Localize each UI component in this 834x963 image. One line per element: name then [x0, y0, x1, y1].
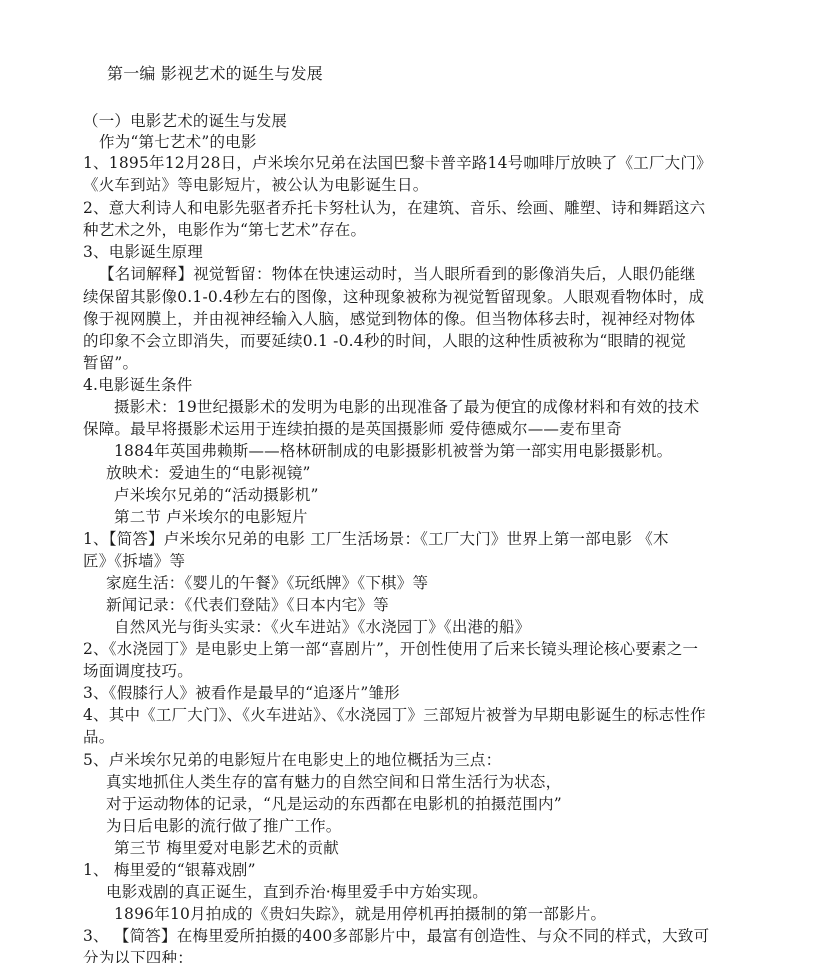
document-line: 的印象不会立即消失，而要延续0.1 -0.4秒的时间，人眼的这种性质被称为“眼睛…	[83, 331, 686, 351]
document-line: 4、其中《工厂大门》、《火车进站》、《水浇园丁》三部短片被誉为早期电影诞生的标志…	[83, 705, 706, 725]
document-line: 品。	[83, 727, 114, 747]
document-line: 为日后电影的流行做了推广工作。	[106, 816, 342, 836]
document-line: 保障。最早将摄影术运用于连续拍摄的是英国摄影师 爱侍德威尔——麦布里奇	[83, 419, 622, 439]
document-line: 4.电影诞生条件	[83, 375, 192, 395]
document-line: 第三节 梅里爱对电影艺术的贡献	[114, 838, 339, 858]
document-line: 放映术：爱迪生的“电影视镜”	[106, 463, 311, 483]
document-line: 第二节 卢米埃尔的电影短片	[114, 507, 308, 527]
document-line: 续保留其影像0.1-0.4秒左右的图像，这种现象被称为视觉暂留现象。人眼观看物体…	[83, 287, 704, 307]
document-line: 自然风光与街头实录：《火车进站》《水浇园丁》《出港的船》	[114, 617, 530, 637]
document-line: 分为以下四种：	[83, 948, 193, 963]
document-line: 2、《水浇园丁》是电影史上第一部“喜剧片”，开创性使用了后来长镜头理论核心要素之…	[83, 639, 698, 659]
document-line: 摄影术：19世纪摄影术的发明为电影的出现准备了最为便宜的成像材料和有效的技术	[114, 397, 699, 417]
document-line: 1、1895年12月28日，卢米埃尔兄弟在法国巴黎卡普辛路14号咖啡厅放映了《工…	[83, 153, 712, 173]
document-line: 匠》《拆墙》等	[83, 551, 185, 571]
document-line: 家庭生活：《婴儿的午餐》《玩纸牌》《下棋》等	[106, 573, 428, 593]
document-line: 2、意大利诗人和电影先驱者乔托卡努杜认为，在建筑、音乐、绘画、雕塑、诗和舞蹈这六	[83, 198, 705, 218]
document-line: 1884年英国弗赖斯——格林研制成的电影摄影机被誉为第一部实用电影摄影机。	[114, 441, 672, 461]
document-line: 3、《假膝行人》被看作是最早的“追逐片”雏形	[83, 683, 400, 703]
document-line: 1、 梅里爱的“银幕戏剧”	[83, 860, 256, 880]
document-line: 《火车到站》等电影短片，被公认为电影诞生日。	[83, 175, 428, 195]
document-line: 1、【简答】卢米埃尔兄弟的电影 工厂生活场景：《工厂大门》世界上第一部电影 《木	[83, 529, 669, 549]
document-line: 3、 【简答】在梅里爱所拍摄的400多部影片中，最富有创造性、与众不同的样式，大…	[83, 926, 709, 946]
document-title: 第一编 影视艺术的诞生与发展	[107, 64, 323, 84]
document-line: 暂留”。	[83, 353, 138, 373]
document-line: 场面调度技巧。	[83, 661, 193, 681]
document-line: 新闻记录：《代表们登陆》《日本内宅》等	[106, 595, 389, 615]
document-line: 真实地抓住人类生存的富有魅力的自然空间和日常生活行为状态，	[106, 772, 561, 792]
document-line: （一）电影艺术的诞生与发展	[83, 111, 287, 131]
document-line: 卢米埃尔兄弟的“活动摄影机”	[114, 485, 319, 505]
document-line: 像于视网膜上，并由视神经输入人脑，感觉到物体的像。但当物体移去时，视神经对物体	[83, 309, 695, 329]
document-line: 5、卢米埃尔兄弟的电影短片在电影史上的地位概括为三点：	[83, 750, 501, 770]
document-line: 3、电影诞生原理	[83, 242, 203, 262]
document-line: 1896年10月拍成的《贵妇失踪》，就是用停机再拍摄制的第一部影片。	[114, 904, 606, 924]
document-line: 种艺术之外，电影作为“第七艺术”存在。	[83, 220, 366, 240]
document-line: 电影戏剧的真正诞生，直到乔治·梅里爱手中方始实现。	[106, 882, 488, 902]
document-line: 【名词解释】视觉暂留：物体在快速运动时，当人眼所看到的影像消失后，人眼仍能继	[99, 264, 696, 284]
document-line: 对于运动物体的记录，“凡是运动的东西都在电影机的拍摄范围内”	[106, 794, 562, 814]
document-line: 作为“第七艺术”的电影	[99, 132, 257, 152]
